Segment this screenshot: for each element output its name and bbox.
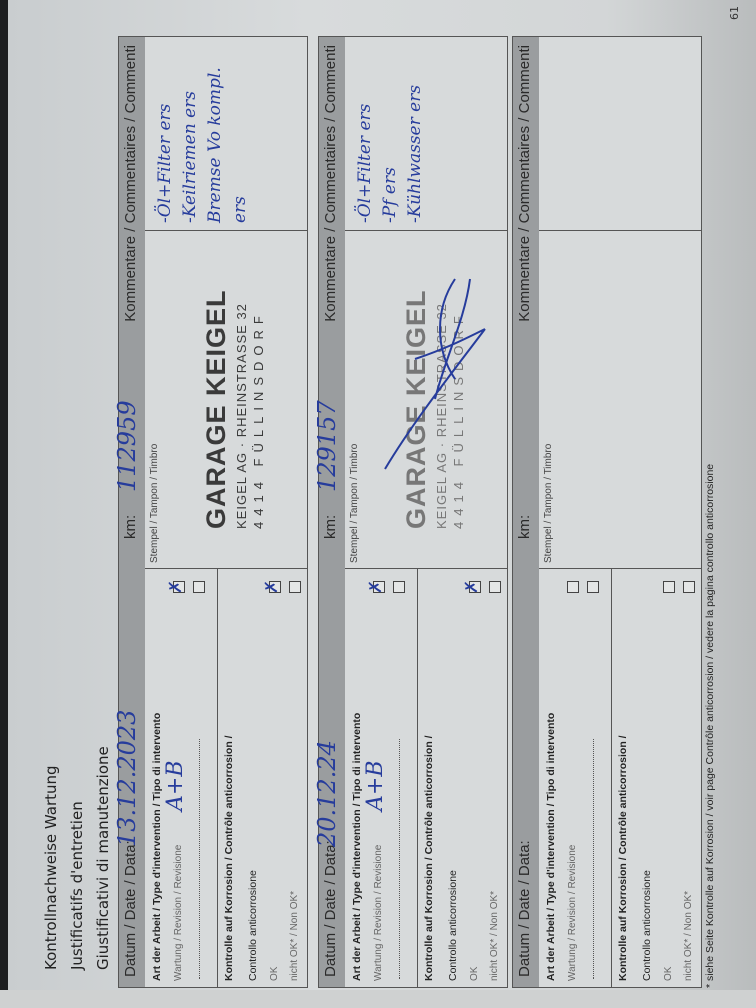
- ok-label: OK: [469, 967, 480, 981]
- km-label: km:: [122, 515, 139, 539]
- not-ok-checkbox[interactable]: [489, 581, 501, 593]
- dotted-line: [199, 739, 200, 979]
- service-entry-1: Datum / Date / Data: 13.12.2023 km: 1129…: [118, 36, 308, 988]
- comments-section[interactable]: -Öl+Filter ers-Keilriemen ersBremse Vo k…: [145, 37, 307, 231]
- corrosion-it-label: Controllo anticorrosione: [447, 870, 459, 981]
- signature: [375, 259, 495, 479]
- corrosion-title: Kontrolle auf Korrosion / Contrôle antic…: [223, 735, 235, 981]
- ok-checkbox[interactable]: [269, 581, 281, 593]
- stamp-section: Stempel / Tampon / Timbro GARAGE KEIGEL …: [345, 230, 507, 569]
- ok-checkbox[interactable]: [663, 581, 675, 593]
- comment-line: -Keilriemen ers: [178, 37, 203, 223]
- date-label: Datum / Date / Data:: [322, 840, 339, 977]
- maintenance-page: Kontrollnachweise Wartung Justificatifs …: [0, 0, 756, 1008]
- work-type-label: Art der Arbeit / Type d'intervention / T…: [545, 713, 557, 981]
- stamp-label: Stempel / Tampon / Timbro: [543, 444, 554, 563]
- service-entry-3: Datum / Date / Data: km: Kommentare / Co…: [512, 36, 702, 988]
- footnote: * siehe Seite Kontrolle auf Korrosion / …: [704, 464, 716, 988]
- not-ok-label: nicht OK* / Non OK*: [489, 891, 500, 981]
- page-number: 61: [728, 6, 741, 20]
- work-section: Art der Arbeit / Type d'intervention / T…: [345, 568, 507, 987]
- km-label: km:: [516, 515, 533, 539]
- corrosion-title: Kontrolle auf Korrosion / Contrôle antic…: [423, 735, 435, 981]
- not-ok-checkbox[interactable]: [683, 581, 695, 593]
- date-value[interactable]: 13.12.2023: [113, 710, 141, 847]
- corrosion-section: Kontrolle auf Korrosion / Contrôle antic…: [417, 569, 507, 987]
- comment-line: -Pf ers: [378, 85, 403, 223]
- entry-header-bar: Datum / Date / Data: 13.12.2023 km: 1129…: [119, 37, 145, 987]
- not-ok-label: nicht OK* / Non OK*: [683, 891, 694, 981]
- stamp-label: Stempel / Tampon / Timbro: [149, 444, 160, 563]
- stamp-label: Stempel / Tampon / Timbro: [349, 444, 360, 563]
- work-section: Art der Arbeit / Type d'intervention / T…: [539, 568, 701, 987]
- ok-label: OK: [663, 967, 674, 981]
- service-checkbox[interactable]: [567, 581, 579, 593]
- comments-label: Kommentare / Commentaires / Commenti: [516, 45, 533, 322]
- corrosion-it-label: Controllo anticorrosione: [641, 870, 653, 981]
- comments-text: -Öl+Filter ers-Pf ers-Kühlwasser ers: [353, 85, 428, 223]
- date-label: Datum / Date / Data:: [122, 840, 139, 977]
- comments-text: -Öl+Filter ers-Keilriemen ersBremse Vo k…: [153, 37, 253, 223]
- stamp-section: Stempel / Tampon / Timbro GARAGE KEIGEL …: [145, 230, 307, 569]
- km-value[interactable]: 112959: [113, 400, 141, 492]
- comment-line: -Öl+Filter ers: [153, 37, 178, 223]
- work-type-label: Art der Arbeit / Type d'intervention / T…: [151, 713, 163, 981]
- km-value[interactable]: 129157: [313, 400, 341, 492]
- date-value[interactable]: 20.12.24: [313, 740, 341, 847]
- corrosion-section: Kontrolle auf Korrosion / Contrôle antic…: [217, 569, 307, 987]
- dotted-line: [593, 739, 594, 979]
- not-ok-checkbox[interactable]: [289, 581, 301, 593]
- title-fr: Justificatifs d'entretien: [68, 801, 86, 970]
- service-label: Wartung / Revision / Revisione: [173, 845, 184, 981]
- service-label: Wartung / Revision / Revisione: [373, 845, 384, 981]
- service-label: Wartung / Revision / Revisione: [567, 845, 578, 981]
- comments-label: Kommentare / Commentaires / Commenti: [322, 45, 339, 322]
- other-checkbox[interactable]: [393, 581, 405, 593]
- service-value[interactable]: A+B: [363, 761, 388, 812]
- comments-section[interactable]: -Öl+Filter ers-Pf ers-Kühlwasser ers: [345, 37, 507, 231]
- title-it: Giustificativi di manutenzione: [94, 746, 112, 970]
- stamp-name: GARAGE KEIGEL: [201, 289, 232, 529]
- corrosion-section: Kontrolle auf Korrosion / Contrôle antic…: [611, 569, 701, 987]
- comment-line: -Öl+Filter ers: [353, 85, 378, 223]
- entry-header-bar: Datum / Date / Data: km: Kommentare / Co…: [513, 37, 539, 987]
- comments-section[interactable]: [539, 37, 701, 231]
- comments-label: Kommentare / Commentaires / Commenti: [122, 45, 139, 322]
- service-checkbox[interactable]: [373, 581, 385, 593]
- corrosion-title: Kontrolle auf Korrosion / Contrôle antic…: [617, 735, 629, 981]
- work-type-label: Art der Arbeit / Type d'intervention / T…: [351, 713, 363, 981]
- garage-stamp: GARAGE KEIGEL KEIGEL AG · RHEINSTRASSE 3…: [201, 289, 266, 529]
- work-type-section: Art der Arbeit / Type d'intervention / T…: [345, 569, 418, 987]
- stamp-section: Stempel / Tampon / Timbro GARAGE KEIGEL …: [539, 230, 701, 569]
- title-de: Kontrollnachweise Wartung: [42, 765, 60, 970]
- comment-line: -Kühlwasser ers: [403, 85, 428, 223]
- stamp-address: KEIGEL AG · RHEINSTRASSE 32: [234, 289, 249, 529]
- entry-header-bar: Datum / Date / Data: 20.12.24 km: 129157…: [319, 37, 345, 987]
- work-section: Art der Arbeit / Type d'intervention / T…: [145, 568, 307, 987]
- ok-label: OK: [269, 967, 280, 981]
- comment-line: Bremse Vo kompl. ers: [203, 37, 253, 223]
- other-checkbox[interactable]: [587, 581, 599, 593]
- dotted-line: [399, 739, 400, 979]
- ok-checkbox[interactable]: [469, 581, 481, 593]
- service-value[interactable]: A+B: [163, 761, 188, 812]
- work-type-section: Art der Arbeit / Type d'intervention / T…: [145, 569, 218, 987]
- not-ok-label: nicht OK* / Non OK*: [289, 891, 300, 981]
- date-label: Datum / Date / Data:: [516, 840, 533, 977]
- km-label: km:: [322, 515, 339, 539]
- stamp-city: 4414 FÜLLINSDORF: [251, 289, 266, 529]
- other-checkbox[interactable]: [193, 581, 205, 593]
- corrosion-it-label: Controllo anticorrosione: [247, 870, 259, 981]
- service-entry-2: Datum / Date / Data: 20.12.24 km: 129157…: [318, 36, 508, 988]
- service-checkbox[interactable]: [173, 581, 185, 593]
- work-type-section: Art der Arbeit / Type d'intervention / T…: [539, 569, 612, 987]
